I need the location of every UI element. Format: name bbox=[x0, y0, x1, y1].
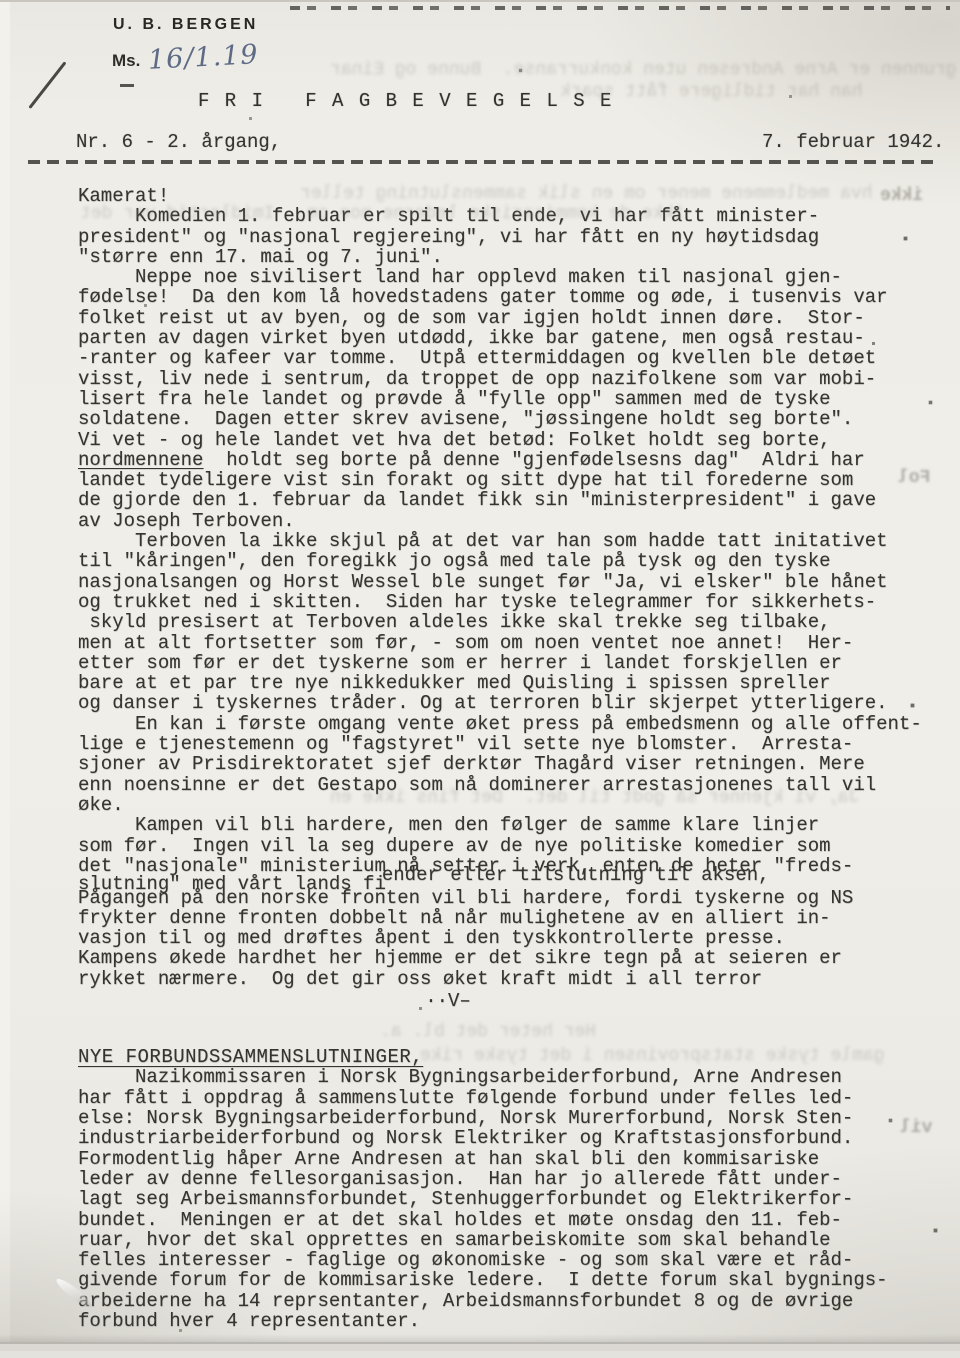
bleedthrough-text: I grunnen er Arne Andresen uten konkurra… bbox=[330, 60, 960, 80]
pencil-dash-mark bbox=[120, 84, 134, 87]
text-line: frykter denne fronten dobbelt nå når mul… bbox=[78, 908, 938, 928]
text-line: øke. bbox=[78, 795, 938, 815]
text-line: folket reist ut av byen, og de som var i… bbox=[78, 308, 938, 328]
text-line: Neppe noe sivilisert land har opplevd ma… bbox=[78, 267, 938, 287]
text-line: givende forum for de kommisariske ledere… bbox=[78, 1270, 938, 1290]
pencil-slash-mark bbox=[28, 61, 66, 108]
text-line: nasjonalsangen og Horst Wessel ble sunge… bbox=[78, 572, 938, 592]
text-line: leder av denne fellesorganisasjon. Han h… bbox=[78, 1169, 938, 1189]
text-line: lige e tjenestemenn og "fagstyret" vil s… bbox=[78, 734, 938, 754]
newspaper-title: F R I F A G B E V E G E L S E bbox=[198, 90, 613, 112]
text-line: Kamerat! bbox=[78, 186, 938, 206]
ms-number-handwritten: 16/1.19 bbox=[148, 39, 260, 76]
scan-artifact-dashes bbox=[290, 6, 950, 10]
section-heading: NYE FORBUNDSSAMMENSLUTNINGER, bbox=[78, 1047, 938, 1067]
text-line: og danser i tyskernes tråder. Og at terr… bbox=[78, 693, 938, 713]
text-line: Terboven la ikke skjul på at det var han… bbox=[78, 531, 938, 551]
text-line: sjoner av Prisdirektoratet sjef derktør … bbox=[78, 754, 938, 774]
text-line: Vi vet - og hele landet vet hva det betø… bbox=[78, 430, 938, 450]
text-line: enn noensinne er det Gestapo som nå domi… bbox=[78, 775, 938, 795]
text-line: vasjon til og med drøftes åpent i den ty… bbox=[78, 928, 938, 948]
text-line: bundet. Meningen er at det skal holdes e… bbox=[78, 1210, 938, 1230]
dashed-rule bbox=[28, 160, 940, 164]
text-line: skyld presisert at Terboven aldeles ikke… bbox=[78, 612, 938, 632]
overstruck-text: ender eller tilslutning til aksen, bbox=[382, 864, 770, 886]
issue-date: 7. februar 1942. bbox=[762, 131, 944, 153]
text-line: Komedien 1. februar er spilt til ende, v… bbox=[78, 206, 938, 226]
text-line: forbund hver 4 representanter. bbox=[78, 1311, 938, 1331]
text-line: de gjorde den 1. februar da landet fikk … bbox=[78, 490, 938, 510]
page-bottom-edge bbox=[0, 1342, 960, 1358]
text-line: landet tydeligere vist sin forakt og sit… bbox=[78, 470, 938, 490]
text-line: else: Norsk Bygningsarbeiderforbund, Nor… bbox=[78, 1108, 938, 1128]
text-line: Formodentlig håper Arne Andresen at han … bbox=[78, 1149, 938, 1169]
text-line: president" og "nasjonal regjereing", vi … bbox=[78, 227, 938, 247]
text-line: til "kåringen", den foregikk jo også med… bbox=[78, 551, 938, 571]
text-line: lisert fra hele landet og prøvde å "fyll… bbox=[78, 389, 938, 409]
text-line: av Joseph Terboven. bbox=[78, 511, 938, 531]
text-line: parten av dagen virket byen utdødd, ikke… bbox=[78, 328, 938, 348]
text-line: bare at et par tre nye nikkedukker med Q… bbox=[78, 673, 938, 693]
issue-number: Nr. 6 - 2. årgang, bbox=[76, 131, 281, 153]
text-line: og trukket ned i skitten. Siden har tysk… bbox=[78, 592, 938, 612]
article-body: Kamerat! Komedien 1. februar er spilt ti… bbox=[78, 186, 938, 1331]
text-line: Kampen vil bli hardere, men den følger d… bbox=[78, 815, 938, 835]
scan-edge-line bbox=[0, 0, 960, 2]
text-line: etter som før er det tyskerne som er her… bbox=[78, 653, 938, 673]
section-separator: ··V– bbox=[78, 991, 938, 1011]
text-line: rykket nærmere. Og det gir oss øket kraf… bbox=[78, 969, 938, 989]
text-line: visst, liv nede i sentrum, da troppet de… bbox=[78, 369, 938, 389]
text-line: soldatene. Dagen etter skrev avisene, "j… bbox=[78, 409, 938, 429]
text-line: -ranter og kafeer var tomme. Utpå etterm… bbox=[78, 348, 938, 368]
text-line: har fått i oppdrag å sammenslutte følgen… bbox=[78, 1088, 938, 1108]
text-line: felles interesser - faglige og økonomisk… bbox=[78, 1250, 938, 1270]
text-line: Pågangen på den norske fronten vil bli h… bbox=[78, 888, 938, 908]
ms-label: Ms. bbox=[112, 51, 140, 70]
text-line: men at alt fortsetter som før, - som om … bbox=[78, 633, 938, 653]
document-page: U. B. BERGEN Ms.16/1.19 F R I F A G B E … bbox=[0, 0, 960, 1358]
text-line: lagt seg Arbeismannsforbundet, Stenhugge… bbox=[78, 1189, 938, 1209]
text-line: En kan i første omgang vente øket press … bbox=[78, 714, 938, 734]
paper-speckles bbox=[0, 0, 1, 1]
archive-stamp: U. B. BERGEN bbox=[113, 16, 258, 34]
text-line: Kampens økede hardhet her hjemme er det … bbox=[78, 948, 938, 968]
text-line: nordmennene holdt seg borte på denne "gj… bbox=[78, 450, 938, 470]
text-line: "større enn 17. mai og 7. juni". bbox=[78, 247, 938, 267]
manuscript-number: Ms.16/1.19 bbox=[112, 42, 259, 73]
text-line: som før. Ingen vil la seg dupere av de n… bbox=[78, 836, 938, 856]
underlined-word: nordmennene bbox=[78, 449, 203, 471]
text-line: industriarbeiderforbund og Norsk Elektri… bbox=[78, 1128, 938, 1148]
text-line: fødelse! Da den kom lå hovedstadens gate… bbox=[78, 287, 938, 307]
text-line: Nazikommissaren i Norsk Bygningsarbeider… bbox=[78, 1067, 938, 1087]
text-line: arbeiderne ha 14 reprsentanter, Arbeidsm… bbox=[78, 1291, 938, 1311]
text-line: ruar, hvor det skal opprettes en samarbe… bbox=[78, 1230, 938, 1250]
